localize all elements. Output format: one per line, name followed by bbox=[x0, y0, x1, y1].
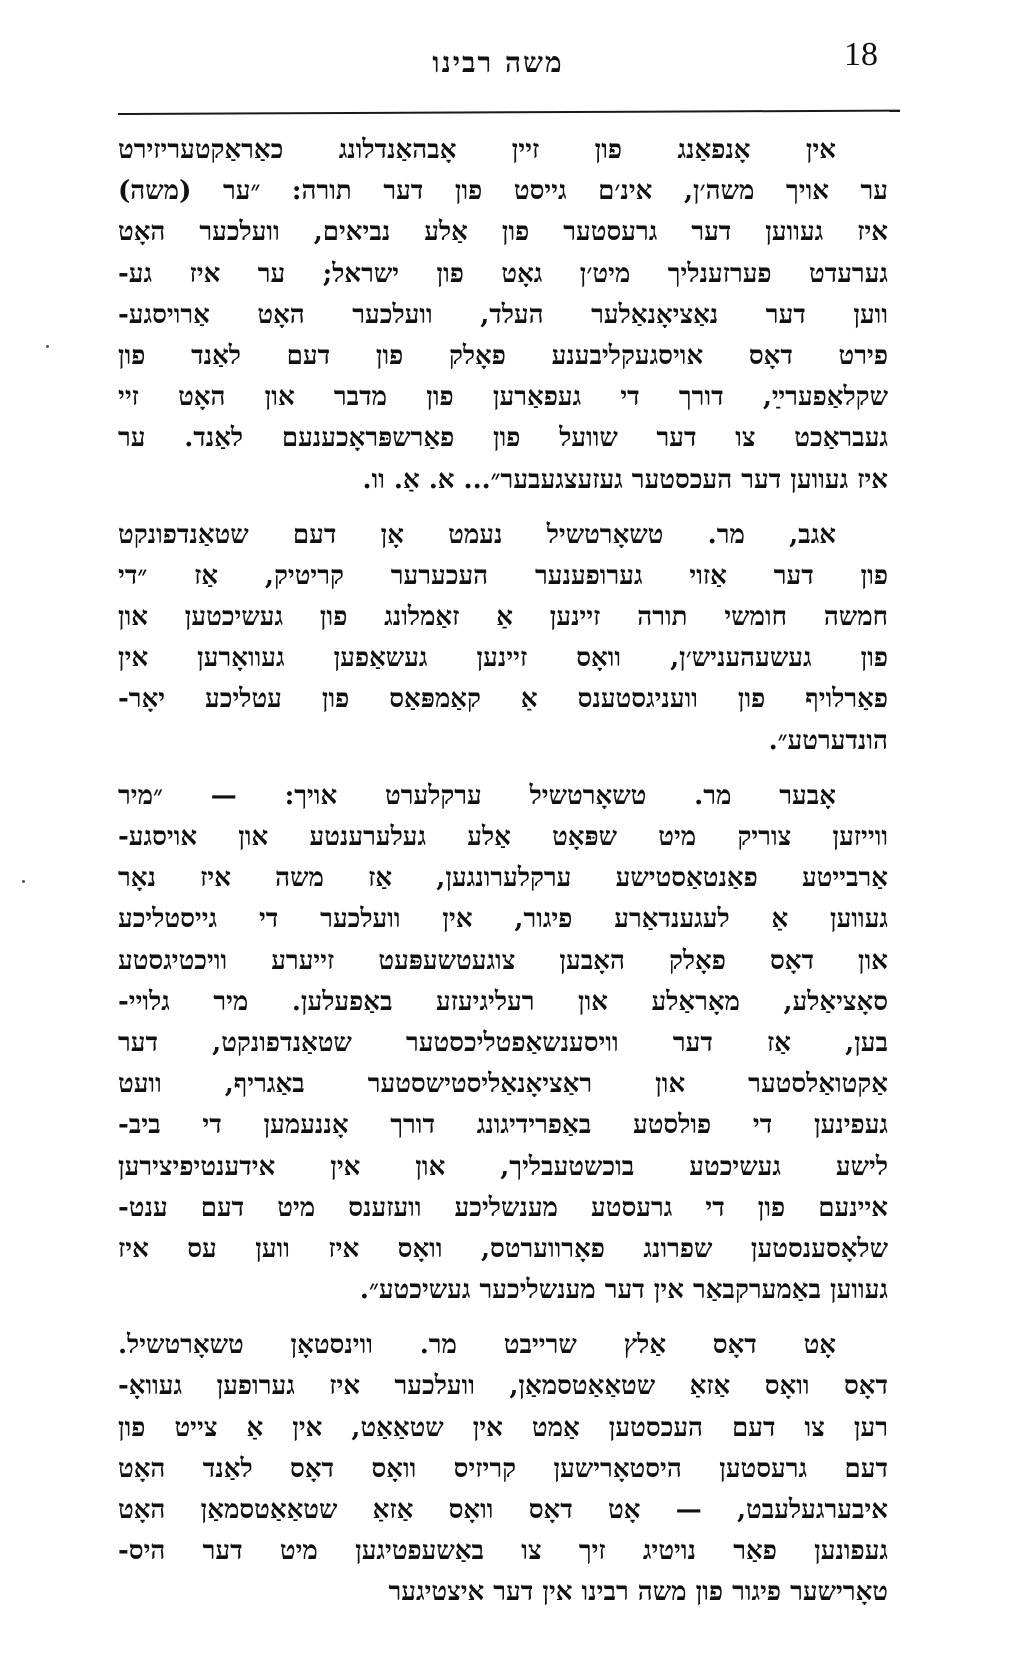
text-line: דעם גרעסטען היסטאָרישען קריזיס וואָס דאָ… bbox=[118, 1449, 888, 1490]
page-number: 18 bbox=[844, 36, 878, 74]
paragraph: אָבער מר. טשאָרטשיל ערקלערט אויך: — ״מיר… bbox=[118, 776, 888, 1311]
paragraph: אָט דאָס אַלץ שרייבט מר. ווינסטאָן טשאָר… bbox=[118, 1325, 888, 1613]
scan-speck bbox=[22, 880, 25, 883]
text-line: פאַרלויף פון וועניגסטענס אַ קאַמפּאַס פו… bbox=[118, 679, 888, 720]
text-line: אַרבייטע פאַנטאַסטישע ערקלערונגען, אַז מ… bbox=[118, 858, 888, 899]
text-line: אַקטואַלסטער און ראַציאָנאַליסטישסטער בא… bbox=[118, 1064, 888, 1105]
text-line: סאָציאַלע, מאָראַלע און רעליגיעזע באַפעל… bbox=[118, 982, 888, 1023]
text-line: און דאָס פאָלק האָבען צוגעטשעפּעט זייערע… bbox=[118, 941, 888, 982]
paragraph: אין אָנפאַנג פון זיין אָבהאַנדלונג כאַרא… bbox=[118, 130, 888, 501]
text-line: אָבער מר. טשאָרטשיל ערקלערט אויך: — ״מיר bbox=[118, 776, 888, 817]
text-line: פון געשעהעניש׳ן, וואָס זיינען געשאַפען ג… bbox=[118, 638, 888, 679]
text-line: אגב, מר. טשאָרטשיל נעמט אָן דעם שטאַנדפו… bbox=[118, 515, 888, 556]
text-line: געבראַכט צו דער שוועל פון פאַרשפּראָכענע… bbox=[118, 418, 888, 459]
scanned-page: משה רבינו 18 אין אָנפאַנג פון זיין אָבהא… bbox=[0, 0, 1036, 1674]
text-line: בען, אַז דער וויסענשאַפטליכסטער שטאַנדפו… bbox=[118, 1023, 888, 1064]
text-line: שקלאַפערײַ, דורך די געפאַרען פון מדבר או… bbox=[118, 377, 888, 418]
text-line: געווען אַ לעגענדאַרע פיגור, אין וועלכער … bbox=[118, 899, 888, 940]
text-line: גערעדט פערזענליך מיט׳ן גאָט פון ישראל; ע… bbox=[118, 254, 888, 295]
text-line: געווען באַמערקבאַר אין דער מענשליכער געש… bbox=[118, 1270, 888, 1311]
text-line: געפינען די פולסטע באַפרידיגונג דורך אָננ… bbox=[118, 1105, 888, 1146]
text-line: געפונען פאַר נויטיג זיך צו באַשעפטיגען מ… bbox=[118, 1531, 888, 1572]
text-line: אין אָנפאַנג פון זיין אָבהאַנדלונג כאַרא… bbox=[118, 130, 888, 171]
text-line: אָט דאָס אַלץ שרייבט מר. ווינסטאָן טשאָר… bbox=[118, 1325, 888, 1366]
header-rule bbox=[118, 110, 900, 115]
text-line: טאָרישער פיגור פון משה רבינו אין דער איצ… bbox=[118, 1572, 888, 1613]
body-text: אין אָנפאַנג פון זיין אָבהאַנדלונג כאַרא… bbox=[118, 130, 888, 1628]
running-head: משה רבינו 18 bbox=[118, 36, 878, 86]
text-line: דאָס וואָס אַזאַ שטאַאַטסמאַן, וועלכער א… bbox=[118, 1366, 888, 1407]
text-line: שלאָסענסטען שפרונג פאָרווערטס, וואָס איז… bbox=[118, 1229, 888, 1270]
page-title: משה רבינו bbox=[118, 46, 878, 80]
text-line: איז געווען דער גרעסטער פון אַלע נביאים, … bbox=[118, 212, 888, 253]
text-line: לישע געשיכטע בוכשטעבליך, און אין אידענטי… bbox=[118, 1147, 888, 1188]
text-line: ער אויך משה׳ן, אינ׳ם גייסט פון דער תורה:… bbox=[118, 171, 888, 212]
text-line: ווייזען צוריק מיט שפּאָט אַלע געלערענטע … bbox=[118, 817, 888, 858]
text-line: חמשה חומשי תורה זיינען אַ זאַמלונג פון ג… bbox=[118, 597, 888, 638]
paragraph: אגב, מר. טשאָרטשיל נעמט אָן דעם שטאַנדפו… bbox=[118, 515, 888, 762]
text-line: פירט דאָס אויסגעקליבענע פאָלק פון דעם לא… bbox=[118, 336, 888, 377]
text-line: איז געווען דער העכסטער געזעצגעבער״... א.… bbox=[118, 460, 888, 501]
text-line: ווען דער נאַציאָנאַלער העלד, וועלכער האָ… bbox=[118, 295, 888, 336]
text-line: רען צו דעם העכסטען אַמט אין שטאַאַט, אין… bbox=[118, 1408, 888, 1449]
text-line: פון דער אַזוי גערופענער העכערער קריטיק, … bbox=[118, 556, 888, 597]
text-line: איינעם פון די גרעסטע מענשליכע וועזענס מי… bbox=[118, 1188, 888, 1229]
text-line: איבערגעלעבט, — אָט דאָס וואָס אַזאַ שטאַ… bbox=[118, 1490, 888, 1531]
scan-speck bbox=[46, 345, 49, 348]
text-line: הונדערטע״. bbox=[118, 721, 888, 762]
